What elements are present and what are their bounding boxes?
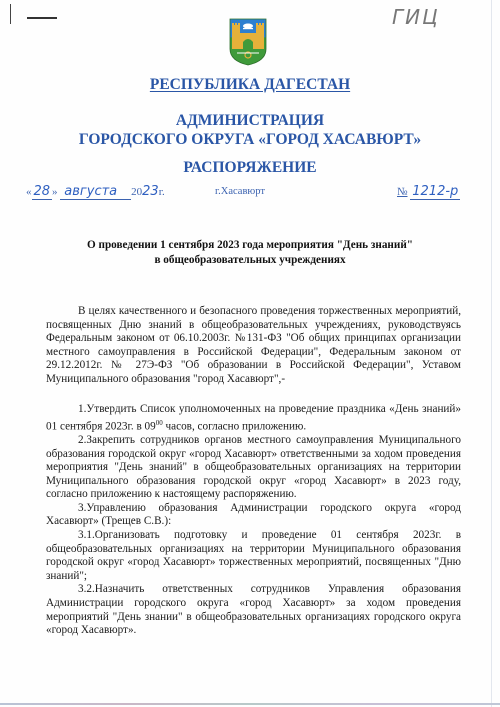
document-city: г.Хасавюрт [215, 186, 265, 197]
document-title: О проведении 1 сентября 2023 года меропр… [0, 238, 500, 268]
quote-close: » [52, 186, 58, 198]
date-number-row: «28» августа2023г. г.Хасавюрт № 1212-р [0, 182, 500, 206]
date-month: августа [60, 184, 131, 200]
date-year-unit: г. [159, 186, 165, 198]
document-date: «28» августа2023г. [26, 184, 165, 199]
document-type: РАСПОРЯЖЕНИЕ [0, 159, 500, 177]
order-items: 1.Утвердить Список уполномоченных на про… [46, 403, 461, 638]
date-day: 28 [32, 184, 53, 200]
document-page: ГИЦ РЕСПУБЛИКА ДАГЕСТАН АДМИНИСТРАЦИЯ ГО… [0, 0, 500, 707]
title-line1: О проведении 1 сентября 2023 года меропр… [0, 238, 500, 253]
header-republic: РЕСПУБЛИКА ДАГЕСТАН [0, 76, 500, 94]
document-number: № 1212-р [397, 184, 460, 199]
margin-dash [27, 17, 57, 19]
header-admin-line2: ГОРОДСКОГО ОКРУГА «ГОРОД ХАСАВЮРТ» [0, 130, 500, 149]
quote-open: « [26, 186, 32, 198]
item-1-text-b: часов, согласно приложению. [163, 420, 306, 432]
header-admin-line1: АДМИНИСТРАЦИЯ [0, 111, 500, 130]
margin-mark [10, 4, 11, 24]
number-value: 1212-р [410, 184, 460, 200]
date-year-prefix: 20 [131, 186, 142, 198]
scan-edge [491, 0, 492, 707]
title-line2: в общеобразовательных учреждениях [0, 253, 500, 268]
preamble-text: В целях качественного и безопасного пров… [46, 305, 461, 387]
item-2: 2.Закрепить сотрудников органов местного… [46, 434, 461, 502]
header-administration: АДМИНИСТРАЦИЯ ГОРОДСКОГО ОКРУГА «ГОРОД Х… [0, 111, 500, 149]
preamble: В целях качественного и безопасного пров… [46, 305, 461, 387]
scan-bottom-edge [0, 703, 500, 705]
item-1-sup: 00 [156, 419, 163, 427]
item-3: 3.Управлению образования Администрации г… [46, 502, 461, 529]
date-year-suffix: 23 [142, 184, 159, 199]
number-sign: № [397, 186, 408, 198]
item-1: 1.Утвердить Список уполномоченных на про… [46, 403, 461, 434]
item-3-2: 3.2.Назначить ответственных сотрудников … [46, 583, 461, 637]
coat-of-arms-icon [228, 17, 268, 67]
handwritten-annotation: ГИЦ [392, 5, 440, 29]
item-3-1: 3.1.Организовать подготовку и проведение… [46, 529, 461, 583]
